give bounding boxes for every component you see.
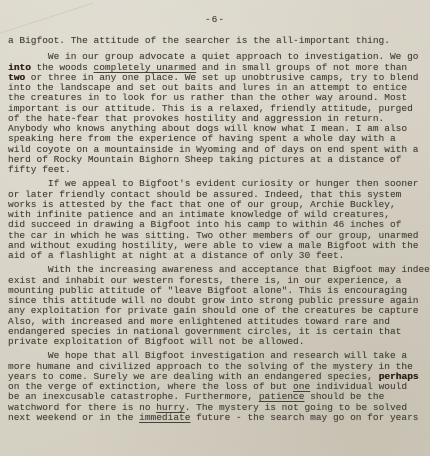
text-line: fifty feet. <box>8 165 430 175</box>
document-text: a Bigfoot. The attitude of the searcher … <box>8 36 430 423</box>
paragraph: We in our group advocate a quiet approac… <box>8 52 430 175</box>
paragraph: If we appeal to Bigfoot's evident curios… <box>8 179 430 261</box>
text-segment: future - the search may go on for years <box>190 412 418 423</box>
underlined-text: immediate <box>139 412 190 423</box>
paragraph: a Bigfoot. The attitude of the searcher … <box>8 36 430 46</box>
document-page: -6- a Bigfoot. The attitude of the searc… <box>0 0 430 456</box>
text-segment: fifty feet. <box>8 164 71 175</box>
text-line: aid of a flashlight at night at a distan… <box>8 251 430 261</box>
text-line: next weekend or in the immediate future … <box>8 413 430 423</box>
page-number: -6- <box>8 15 422 25</box>
paragraph: With the increasing awareness and accept… <box>8 265 430 347</box>
text-segment: private exploitation of Bigfoot will not… <box>8 336 304 347</box>
paragraph: We hope that all Bigfoot investigation a… <box>8 351 430 423</box>
text-segment: a Bigfoot. The attitude of the searcher … <box>8 35 390 46</box>
text-line: private exploitation of Bigfoot will not… <box>8 337 430 347</box>
text-segment: next weekend or in the <box>8 412 139 423</box>
text-line: herd of Rocky Mountain Bighorn Sheep tak… <box>8 155 430 165</box>
text-line: a Bigfoot. The attitude of the searcher … <box>8 36 430 46</box>
text-segment: aid of a flashlight at night at a distan… <box>8 250 344 261</box>
